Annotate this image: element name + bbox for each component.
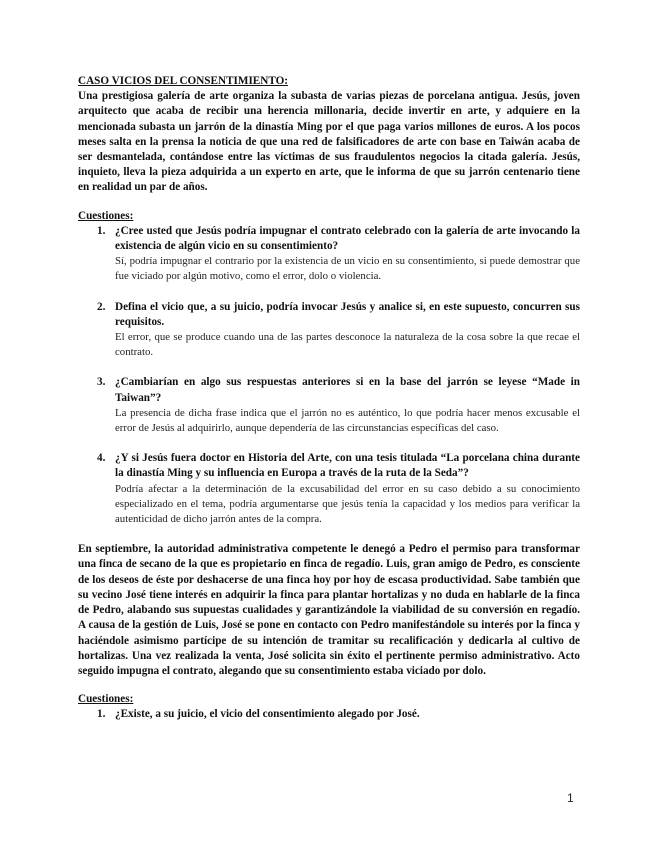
case-statement: Una prestigiosa galería de arte organiza… bbox=[78, 89, 580, 195]
answer-text: Sí, podría impugnar el contrario por la … bbox=[115, 254, 580, 284]
question-text: Defina el vicio que, a su juicio, podría… bbox=[115, 300, 580, 330]
answer-text: Podría afectar a la determinación de la … bbox=[115, 482, 580, 528]
question-number: 2. bbox=[97, 300, 105, 315]
questions-list: 1. ¿Cree usted que Jesús podría impugnar… bbox=[78, 224, 580, 527]
question-item: 1. ¿Existe, a su juicio, el vicio del co… bbox=[78, 707, 580, 722]
answer-text: La presencia de dicha frase indica que e… bbox=[115, 406, 580, 436]
questions-heading: Cuestiones: bbox=[78, 209, 580, 224]
question-text: ¿Y si Jesús fuera doctor en Historia del… bbox=[115, 451, 580, 481]
question-item: 4. ¿Y si Jesús fuera doctor en Historia … bbox=[78, 451, 580, 527]
page-number: 1 bbox=[567, 791, 574, 805]
answer-text: El error, que se produce cuando una de l… bbox=[115, 330, 580, 360]
question-number: 3. bbox=[97, 375, 105, 390]
question-text: ¿Cree usted que Jesús podría impugnar el… bbox=[115, 224, 580, 254]
case2-statement: En septiembre, la autoridad administrati… bbox=[78, 542, 580, 679]
question-text: ¿Existe, a su juicio, el vicio del conse… bbox=[115, 707, 580, 722]
question-item: 1. ¿Cree usted que Jesús podría impugnar… bbox=[78, 224, 580, 285]
question-number: 4. bbox=[97, 451, 105, 466]
question-item: 2. Defina el vicio que, a su juicio, pod… bbox=[78, 300, 580, 361]
document-page: CASO VICIOS DEL CONSENTIMIENTO: Una pres… bbox=[78, 74, 580, 738]
case-title: CASO VICIOS DEL CONSENTIMIENTO: bbox=[78, 74, 580, 89]
question-number: 1. bbox=[97, 707, 105, 722]
question-item: 3. ¿Cambiarían en algo sus respuestas an… bbox=[78, 375, 580, 436]
questions-heading-2: Cuestiones: bbox=[78, 692, 580, 707]
question-number: 1. bbox=[97, 224, 105, 239]
question-text: ¿Cambiarían en algo sus respuestas anter… bbox=[115, 375, 580, 405]
questions-list-2: 1. ¿Existe, a su juicio, el vicio del co… bbox=[78, 707, 580, 722]
